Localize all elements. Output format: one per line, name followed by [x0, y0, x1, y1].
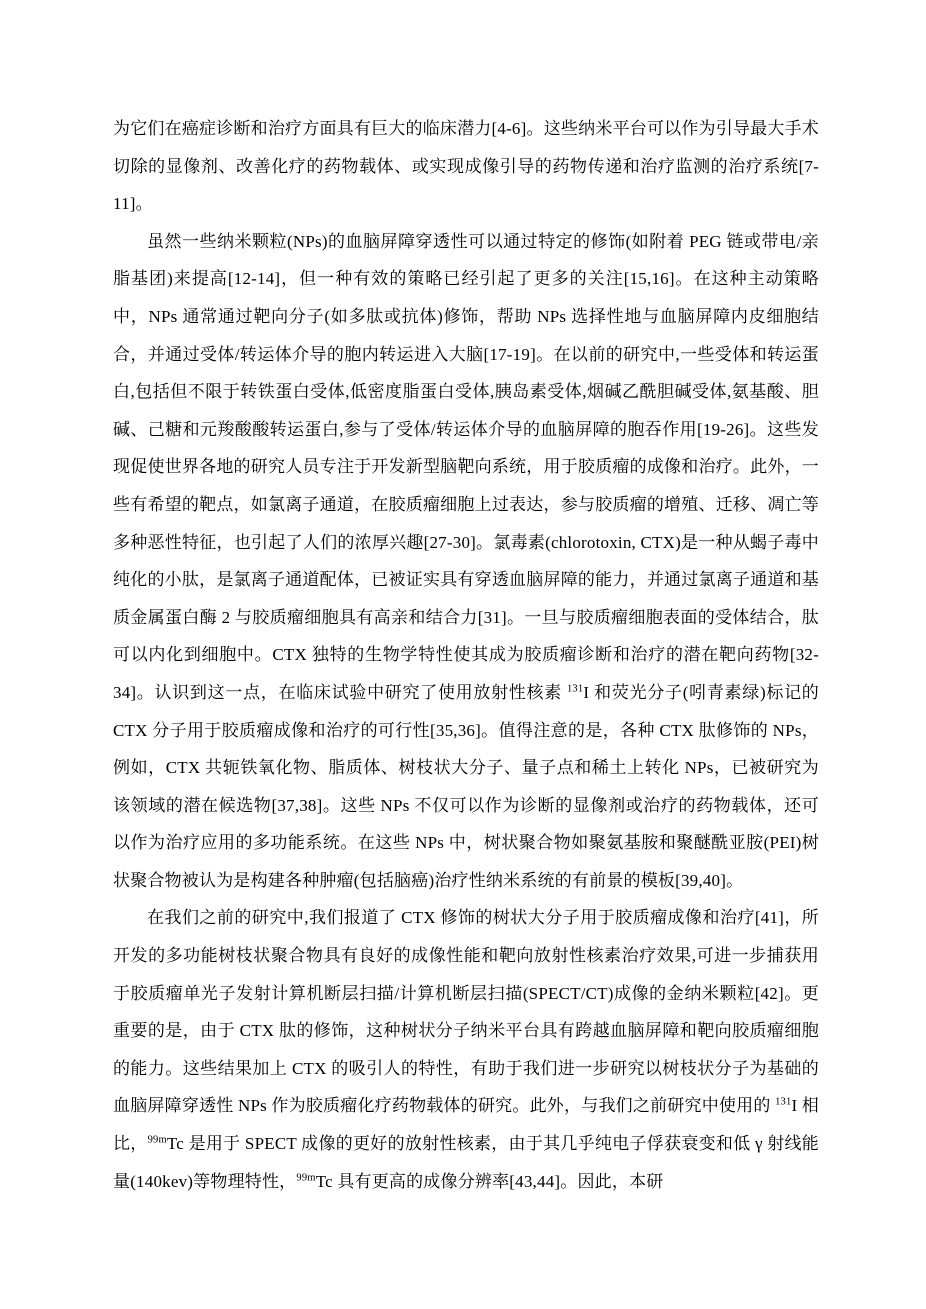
paragraph: 虽然一些纳米颗粒(NPs)的血脑屏障穿透性可以通过特定的修饰(如附着 PEG 链…	[113, 223, 819, 900]
paragraph: 为它们在癌症诊断和治疗方面具有巨大的临床潜力[4-6]。这些纳米平台可以作为引导…	[113, 110, 819, 223]
isotope-superscript: 131	[775, 1097, 791, 1108]
document-body: 为它们在癌症诊断和治疗方面具有巨大的临床潜力[4-6]。这些纳米平台可以作为引导…	[113, 110, 819, 1200]
isotope-superscript: 99m	[296, 1172, 315, 1183]
isotope-superscript: 131	[567, 683, 583, 694]
isotope-superscript: 99m	[148, 1134, 167, 1145]
document-page: 为它们在癌症诊断和治疗方面具有巨大的临床潜力[4-6]。这些纳米平台可以作为引导…	[0, 0, 926, 1309]
paragraph: 在我们之前的研究中,我们报道了 CTX 修饰的树状大分子用于胶质瘤成像和治疗[4…	[113, 899, 819, 1200]
